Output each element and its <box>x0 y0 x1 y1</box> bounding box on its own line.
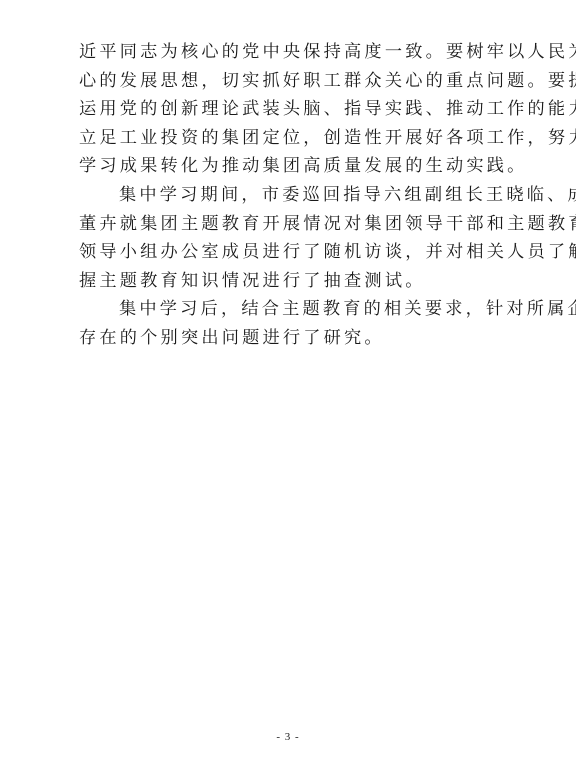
text-line: 存在的个别突出问题进行了研究。 <box>79 324 511 353</box>
paragraph-1: 近平同志为核心的党中央保持高度一致。要树牢以人民为中 心的发展思想，切实抓好职工… <box>79 38 511 181</box>
paragraph-2: 集中学习期间，市委巡回指导六组副组长王晓临、成员 董卉就集团主题教育开展情况对集… <box>79 181 511 295</box>
text-line: 领导小组办公室成员进行了随机访谈，并对相关人员了解掌 <box>79 238 511 267</box>
paragraph-3: 集中学习后，结合主题教育的相关要求，针对所属企业 存在的个别突出问题进行了研究。 <box>79 295 511 352</box>
text-line: 运用党的创新理论武装头脑、指导实践、推动工作的能力， <box>79 95 511 124</box>
document-page: 近平同志为核心的党中央保持高度一致。要树牢以人民为中 心的发展思想，切实抓好职工… <box>0 0 576 764</box>
text-line: 董卉就集团主题教育开展情况对集团领导干部和主题教育 <box>79 210 511 239</box>
text-line: 集中学习后，结合主题教育的相关要求，针对所属企业 <box>79 295 511 324</box>
page-number: - 3 - <box>0 731 576 743</box>
text-line: 立足工业投资的集团定位，创造性开展好各项工作，努力把 <box>79 124 511 153</box>
text-line: 握主题教育知识情况进行了抽查测试。 <box>79 267 511 296</box>
text-line: 集中学习期间，市委巡回指导六组副组长王晓临、成员 <box>79 181 511 210</box>
text-line: 近平同志为核心的党中央保持高度一致。要树牢以人民为中 <box>79 38 511 67</box>
body-text: 近平同志为核心的党中央保持高度一致。要树牢以人民为中 心的发展思想，切实抓好职工… <box>79 38 511 353</box>
text-line: 心的发展思想，切实抓好职工群众关心的重点问题。要提升 <box>79 67 511 96</box>
text-line: 学习成果转化为推动集团高质量发展的生动实践。 <box>79 152 511 181</box>
